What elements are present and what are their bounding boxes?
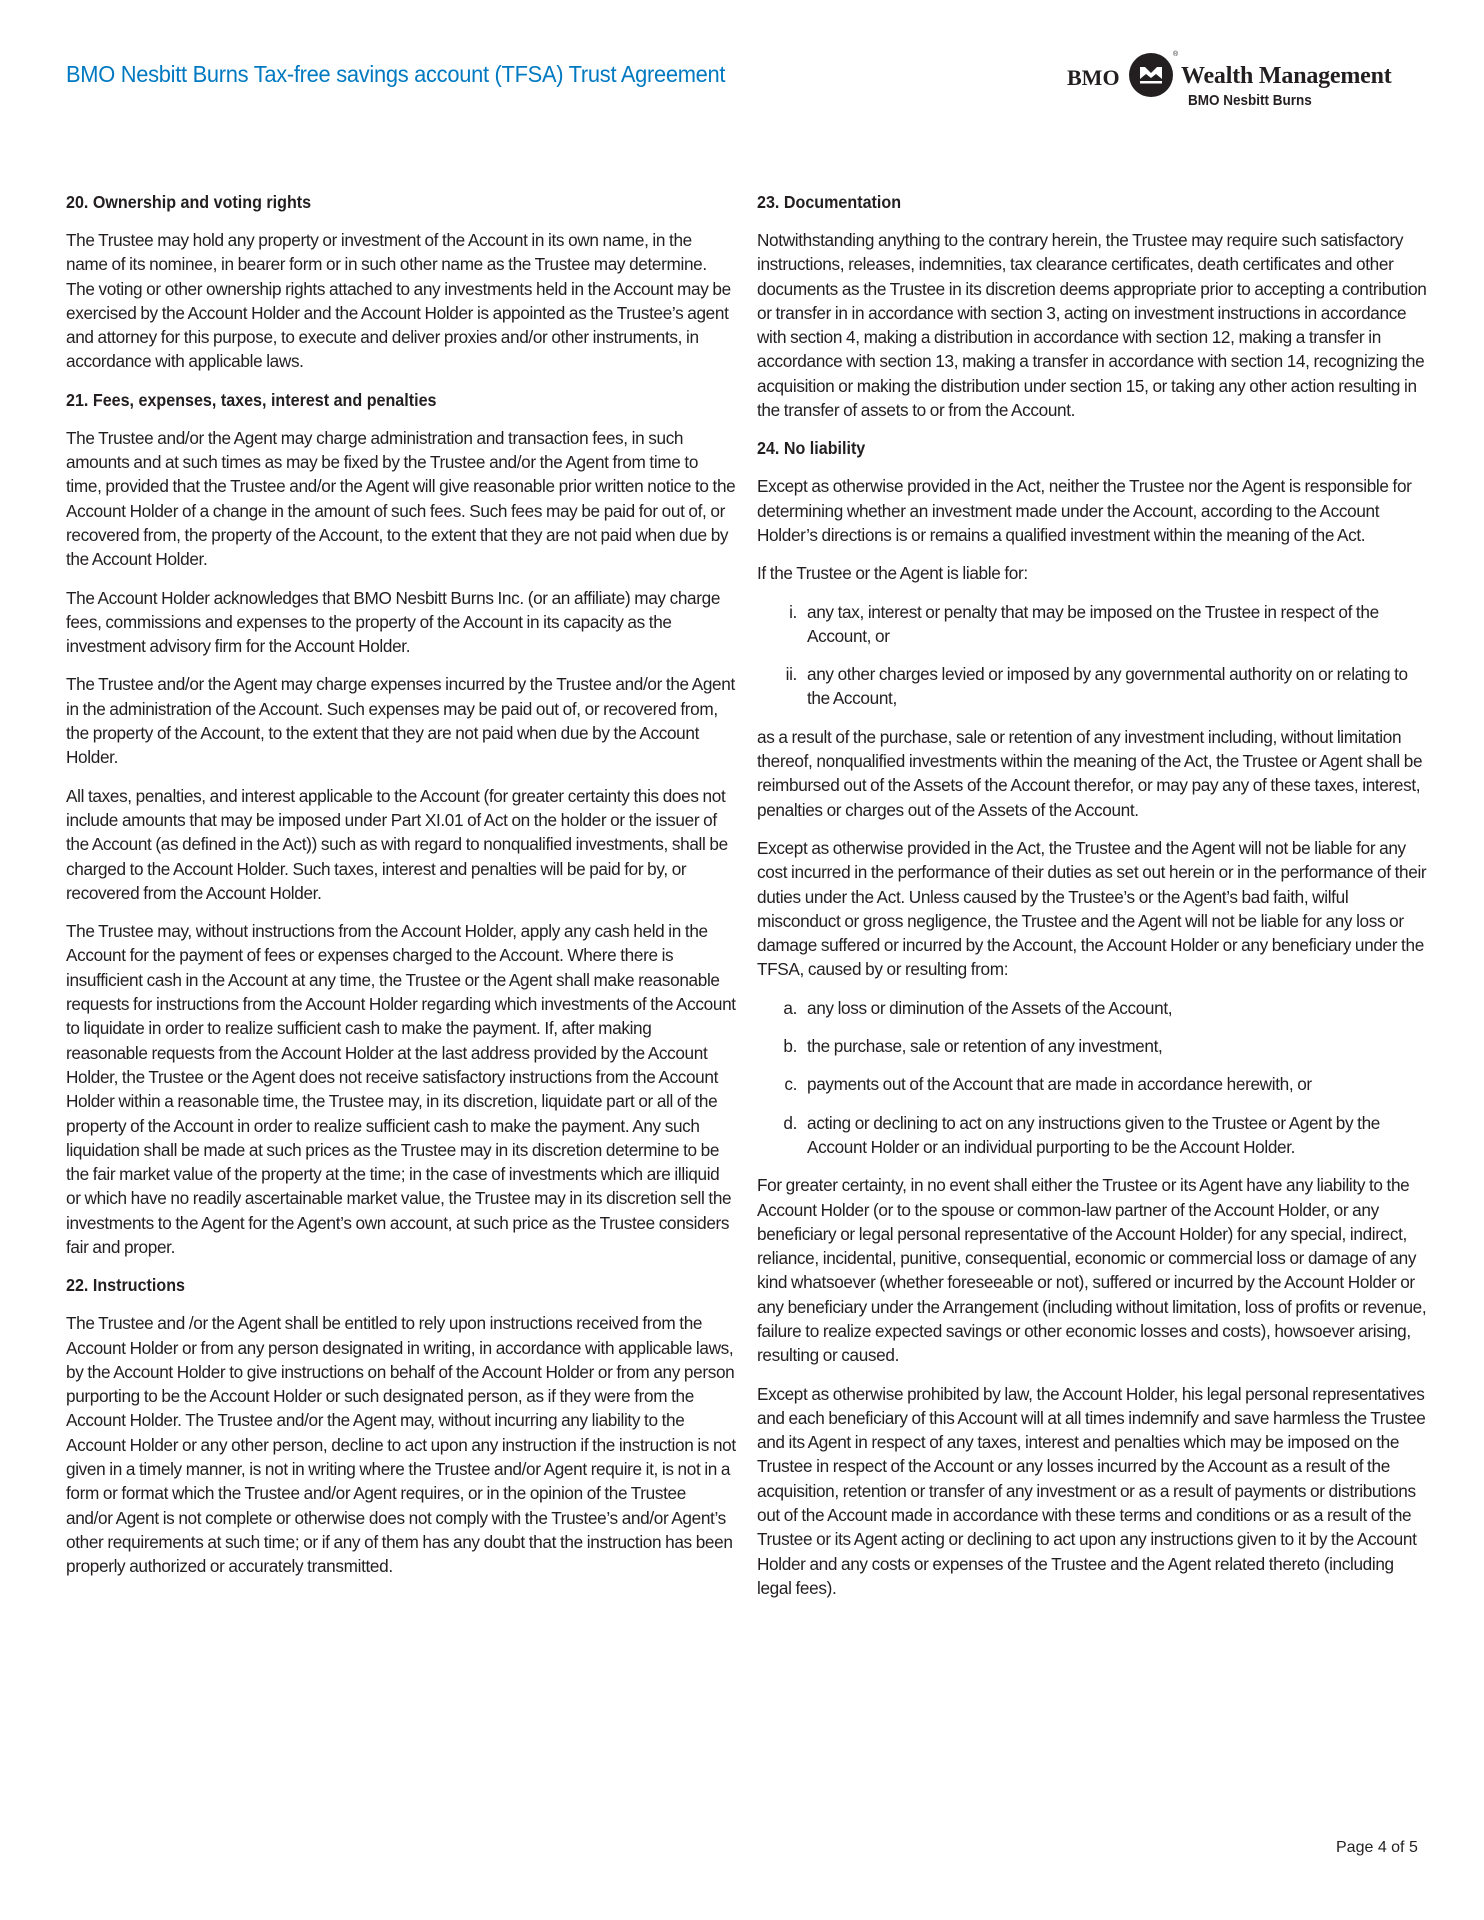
section-20-ownership-and-voting-rights: 20. Ownership and voting rights The Trus… <box>66 190 736 374</box>
list-item-text: payments out of the Account that are mad… <box>807 1072 1427 1096</box>
section-heading: 22. Instructions <box>66 1273 682 1297</box>
section-24-no-liability: 24. No liability Except as otherwise pro… <box>757 436 1427 1600</box>
paragraph: Except as otherwise prohibited by law, t… <box>757 1382 1427 1601</box>
paragraph: Except as otherwise provided in the Act,… <box>757 836 1427 982</box>
section-21-fees-expenses: 21. Fees, expenses, taxes, interest and … <box>66 388 736 1260</box>
logo-sub-brand: BMO Nesbitt Burns <box>1188 92 1312 109</box>
section-heading: 20. Ownership and voting rights <box>66 190 682 214</box>
logo-bmo-text: BMO <box>1067 65 1120 91</box>
list-marker: a. <box>757 996 807 1020</box>
list-item: a. any loss or diminution of the Assets … <box>757 996 1427 1020</box>
roman-numeral-list: i. any tax, interest or penalty that may… <box>757 600 1427 711</box>
paragraph: as a result of the purchase, sale or ret… <box>757 725 1427 822</box>
list-marker: i. <box>757 600 807 649</box>
paragraph: Notwithstanding anything to the contrary… <box>757 228 1427 422</box>
list-marker: d. <box>757 1111 807 1160</box>
list-item: i. any tax, interest or penalty that may… <box>757 600 1427 649</box>
paragraph: All taxes, penalties, and interest appli… <box>66 784 736 905</box>
document-title: BMO Nesbitt Burns Tax-free savings accou… <box>66 61 725 88</box>
list-marker: ii. <box>757 662 807 711</box>
paragraph: Except as otherwise provided in the Act,… <box>757 474 1427 547</box>
list-item-text: acting or declining to act on any instru… <box>807 1111 1427 1160</box>
section-heading: 23. Documentation <box>757 190 1373 214</box>
list-marker: c. <box>757 1072 807 1096</box>
list-item: ii. any other charges levied or imposed … <box>757 662 1427 711</box>
paragraph: The Account Holder acknowledges that BMO… <box>66 586 736 659</box>
section-heading: 21. Fees, expenses, taxes, interest and … <box>66 388 682 412</box>
list-item-text: the purchase, sale or retention of any i… <box>807 1034 1427 1058</box>
paragraph: The Trustee may, without instructions fr… <box>66 919 736 1259</box>
list-item: c. payments out of the Account that are … <box>757 1072 1427 1096</box>
left-column: 20. Ownership and voting rights The Trus… <box>66 190 736 1593</box>
list-item: b. the purchase, sale or retention of an… <box>757 1034 1427 1058</box>
paragraph: The Trustee and/or the Agent may charge … <box>66 426 736 572</box>
section-heading: 24. No liability <box>757 436 1373 460</box>
paragraph: If the Trustee or the Agent is liable fo… <box>757 561 1427 585</box>
registered-mark: ® <box>1173 51 1178 58</box>
bmo-roundel-icon <box>1129 53 1173 97</box>
paragraph: The Trustee and/or the Agent may charge … <box>66 672 736 769</box>
list-item: d. acting or declining to act on any ins… <box>757 1111 1427 1160</box>
page-number: Page 4 of 5 <box>1336 1839 1418 1857</box>
logo-wealth-management-text: Wealth Management <box>1181 63 1392 90</box>
list-item-text: any tax, interest or penalty that may be… <box>807 600 1427 649</box>
list-item-text: any other charges levied or imposed by a… <box>807 662 1427 711</box>
paragraph: The Trustee and /or the Agent shall be e… <box>66 1311 736 1578</box>
alphabetic-list: a. any loss or diminution of the Assets … <box>757 996 1427 1159</box>
paragraph: For greater certainty, in no event shall… <box>757 1173 1427 1367</box>
paragraph: The Trustee may hold any property or inv… <box>66 228 736 374</box>
list-item-text: any loss or diminution of the Assets of … <box>807 996 1427 1020</box>
bmo-wealth-management-logo: BMO ® Wealth Management BMO Nesbitt Burn… <box>1067 51 1427 121</box>
right-column: 23. Documentation Notwithstanding anythi… <box>757 190 1427 1614</box>
section-23-documentation: 23. Documentation Notwithstanding anythi… <box>757 190 1427 422</box>
list-marker: b. <box>757 1034 807 1058</box>
section-22-instructions: 22. Instructions The Trustee and /or the… <box>66 1273 736 1578</box>
